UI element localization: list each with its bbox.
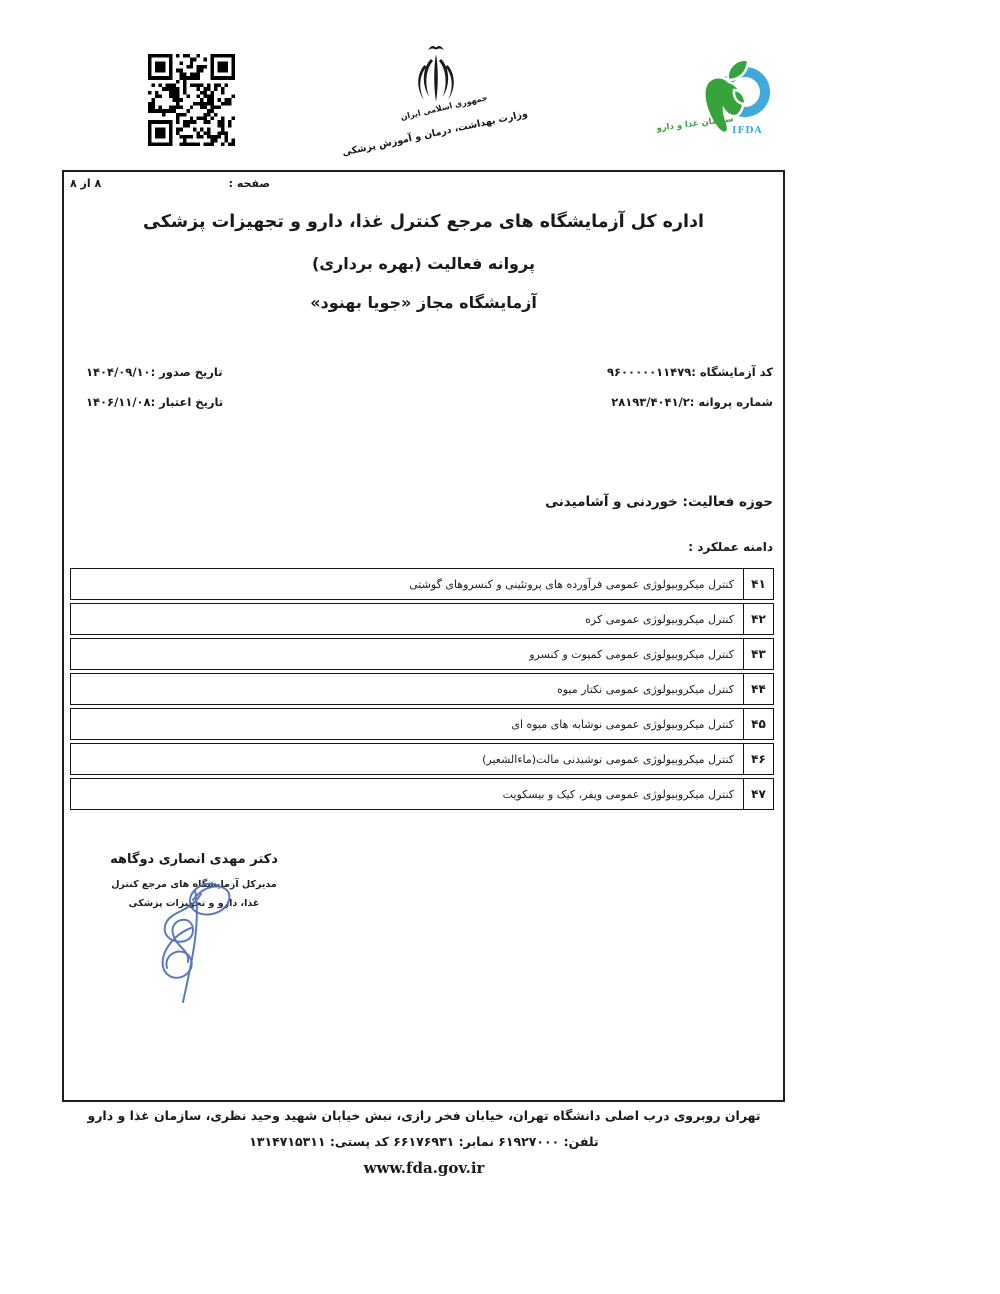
row-text: کنترل میکروبیولوژی عمومی کمپوت و کنسرو (71, 639, 743, 669)
qr-code (148, 54, 235, 146)
row-number: ۴۳ (743, 639, 773, 669)
footer-website: www.fda.gov.ir (24, 1159, 824, 1177)
laboratory-name-title: آزمایشگاه مجاز «جویا بهنود» (64, 293, 783, 312)
row-number: ۴۴ (743, 674, 773, 704)
table-row: ۴۱ کنترل میکروبیولوژی عمومی فرآورده های … (70, 568, 774, 600)
issue-date-value: ۱۴۰۴/۰۹/۱۰ (86, 365, 151, 379)
lab-code-value: ۹۶۰۰۰۰۰۱۱۴۷۹ (607, 365, 691, 379)
license-number-label: شماره پروانه : (690, 395, 773, 409)
row-text: کنترل میکروبیولوژی عمومی فرآورده های پرو… (71, 569, 743, 599)
row-number: ۴۲ (743, 604, 773, 634)
row-text: کنترل میکروبیولوژی عمومی نکتار میوه (71, 674, 743, 704)
row-number: ۴۶ (743, 744, 773, 774)
license-number-line: شماره پروانه :​ ۲۸۱۹۳/۴۰۴۱/۲ (611, 395, 773, 409)
license-document-page: جمهوری اسلامی ایران وزارت بهداشت، درمان … (0, 0, 1000, 1294)
footer: تهران روبروی درب اصلی دانشگاه تهران، خیا… (24, 1108, 824, 1177)
license-type-title: پروانه فعالیت (بهره برداری) (64, 254, 783, 273)
footer-contact: تلفن: ۶۱۹۲۷۰۰۰ نمابر: ۶۶۱۷۶۹۳۱ کد پستی: … (24, 1134, 824, 1149)
table-row: ۴۵ کنترل میکروبیولوژی عمومی نوشابه های م… (70, 708, 774, 740)
activity-field-heading: حوزه فعالیت: خوردنی و آشامیدنی (545, 494, 773, 510)
row-text: کنترل میکروبیولوژی عمومی ویفر، کیک و بیس… (71, 779, 743, 809)
row-text: کنترل میکروبیولوژی عمومی نوشیدنی مالت(ما… (71, 744, 743, 774)
scope-table: ۴۱ کنترل میکروبیولوژی عمومی فرآورده های … (70, 568, 774, 813)
expiry-date-line: تاریخ اعتبار :​ ۱۴۰۶/۱۱/۰۸ (86, 395, 223, 409)
expiry-date-label: تاریخ اعتبار : (151, 395, 224, 409)
issue-date-line: تاریخ صدور :​ ۱۴۰۴/۰۹/۱۰ (86, 365, 223, 379)
row-text: کنترل میکروبیولوژی عمومی نوشابه های میوه… (71, 709, 743, 739)
signatory-name: دکتر مهدی انصاری دوگاهه (84, 852, 304, 867)
document-border-box: صفحه : ۸ از ۸ اداره کل آزمایشگاه های مرج… (62, 170, 785, 1102)
row-number: ۴۱ (743, 569, 773, 599)
lab-code-label: کد آزمایشگاه : (691, 365, 773, 379)
page-number-label: صفحه : (229, 177, 270, 190)
handwritten-signature (135, 870, 255, 1005)
ifda-name-english: IFDA (732, 125, 763, 136)
page-number-value: ۸ از ۸ (70, 177, 101, 190)
row-text: کنترل میکروبیولوژی عمومی کره (71, 604, 743, 634)
lab-code-line: کد آزمایشگاه :​ ۹۶۰۰۰۰۰۱۱۴۷۹ (607, 365, 773, 379)
scope-section-label: دامنه عملکرد : (688, 540, 773, 554)
license-number-value: ۲۸۱۹۳/۴۰۴۱/۲ (611, 395, 690, 409)
issue-date-label: تاریخ صدور : (151, 365, 223, 379)
emblem-ministry-caption: وزارت بهداشت، درمان و آموزش پزشکی (341, 108, 529, 158)
table-row: ۴۲ کنترل میکروبیولوژی عمومی کره (70, 603, 774, 635)
footer-address: تهران روبروی درب اصلی دانشگاه تهران، خیا… (24, 1108, 824, 1123)
expiry-date-value: ۱۴۰۶/۱۱/۰۸ (86, 395, 151, 409)
table-row: ۴۴ کنترل میکروبیولوژی عمومی نکتار میوه (70, 673, 774, 705)
iran-emblem-icon (404, 42, 468, 108)
table-row: ۴۶ کنترل میکروبیولوژی عمومی نوشیدنی مالت… (70, 743, 774, 775)
document-title: اداره کل آزمایشگاه های مرجع کنترل غذا، د… (64, 212, 783, 232)
table-row: ۴۷ کنترل میکروبیولوژی عمومی ویفر، کیک و … (70, 778, 774, 810)
page-number-row: صفحه : ۸ از ۸ (70, 177, 270, 190)
row-number: ۴۵ (743, 709, 773, 739)
table-row: ۴۳ کنترل میکروبیولوژی عمومی کمپوت و کنسر… (70, 638, 774, 670)
row-number: ۴۷ (743, 779, 773, 809)
